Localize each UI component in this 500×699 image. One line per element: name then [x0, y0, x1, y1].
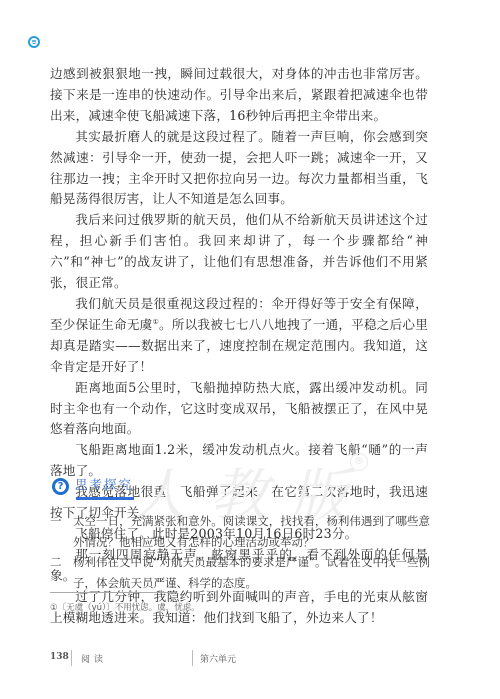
question-number: 一 — [50, 511, 73, 552]
paragraph: 边感到被狠狠地一拽，瞬间过载很大，对身体的冲击也非常厉害。接下来是一连串的快速动… — [50, 64, 428, 127]
question-text: 太空一日，充满紧张和意外。阅读课文，找找看，杨利伟遇到了哪些意外情况？他相应地又… — [73, 511, 430, 552]
page-number: 138 — [50, 652, 69, 662]
paragraph: 我后来问过俄罗斯的航天员，他们从不给新航天员讲述这个过程，担心新手们害怕。我回来… — [50, 210, 428, 294]
paragraph: 我们航天员是很重视这段过程的：伞开得好等于安全有保障，至少保证生命无虞①。所以我… — [50, 294, 428, 378]
footnote-divider — [50, 592, 176, 593]
question-mark-icon: ? — [52, 478, 69, 495]
question-item: 二 杨利伟在文中说“对航天员最基本的要求是严谨”。试着在文中找一些例子，体会航天… — [50, 552, 430, 593]
question-number: 二 — [50, 552, 73, 593]
paragraph: 距离地面5公里时，飞船抛掉防热大底，露出缓冲发动机。同时主伞也有一个动作，它这时… — [50, 378, 428, 441]
footer-divider — [71, 650, 72, 666]
page-footer: 138 阅读 第六单元 — [50, 650, 450, 670]
footnote: ①〔无虞（yú）〕不用忧虑。虞，忧虑。 — [50, 601, 200, 613]
question-item: 一 太空一日，充满紧张和意外。阅读课文，找找看，杨利伟遇到了哪些意外情况？他相应… — [50, 511, 430, 552]
question-text: 杨利伟在文中说“对航天员最基本的要求是严谨”。试着在文中找一些例子，体会航天员严… — [73, 552, 430, 593]
footer-section: 阅读 — [81, 652, 107, 665]
footer-divider — [192, 650, 193, 666]
smiley-face-icon — [28, 36, 40, 48]
footer-unit: 第六单元 — [200, 652, 236, 665]
exercise-header: ? 思考探究 — [52, 475, 133, 497]
exercise-title: 思考探究 — [75, 475, 133, 497]
paragraph: 其实最折磨人的就是这段过程了。随着一声巨响，你会感到突然减速：引导伞一开，使劲一… — [50, 127, 428, 211]
exercise-title-underline — [76, 497, 134, 500]
exercise-questions: 一 太空一日，充满紧张和意外。阅读课文，找找看，杨利伟遇到了哪些意外情况？他相应… — [50, 511, 430, 593]
